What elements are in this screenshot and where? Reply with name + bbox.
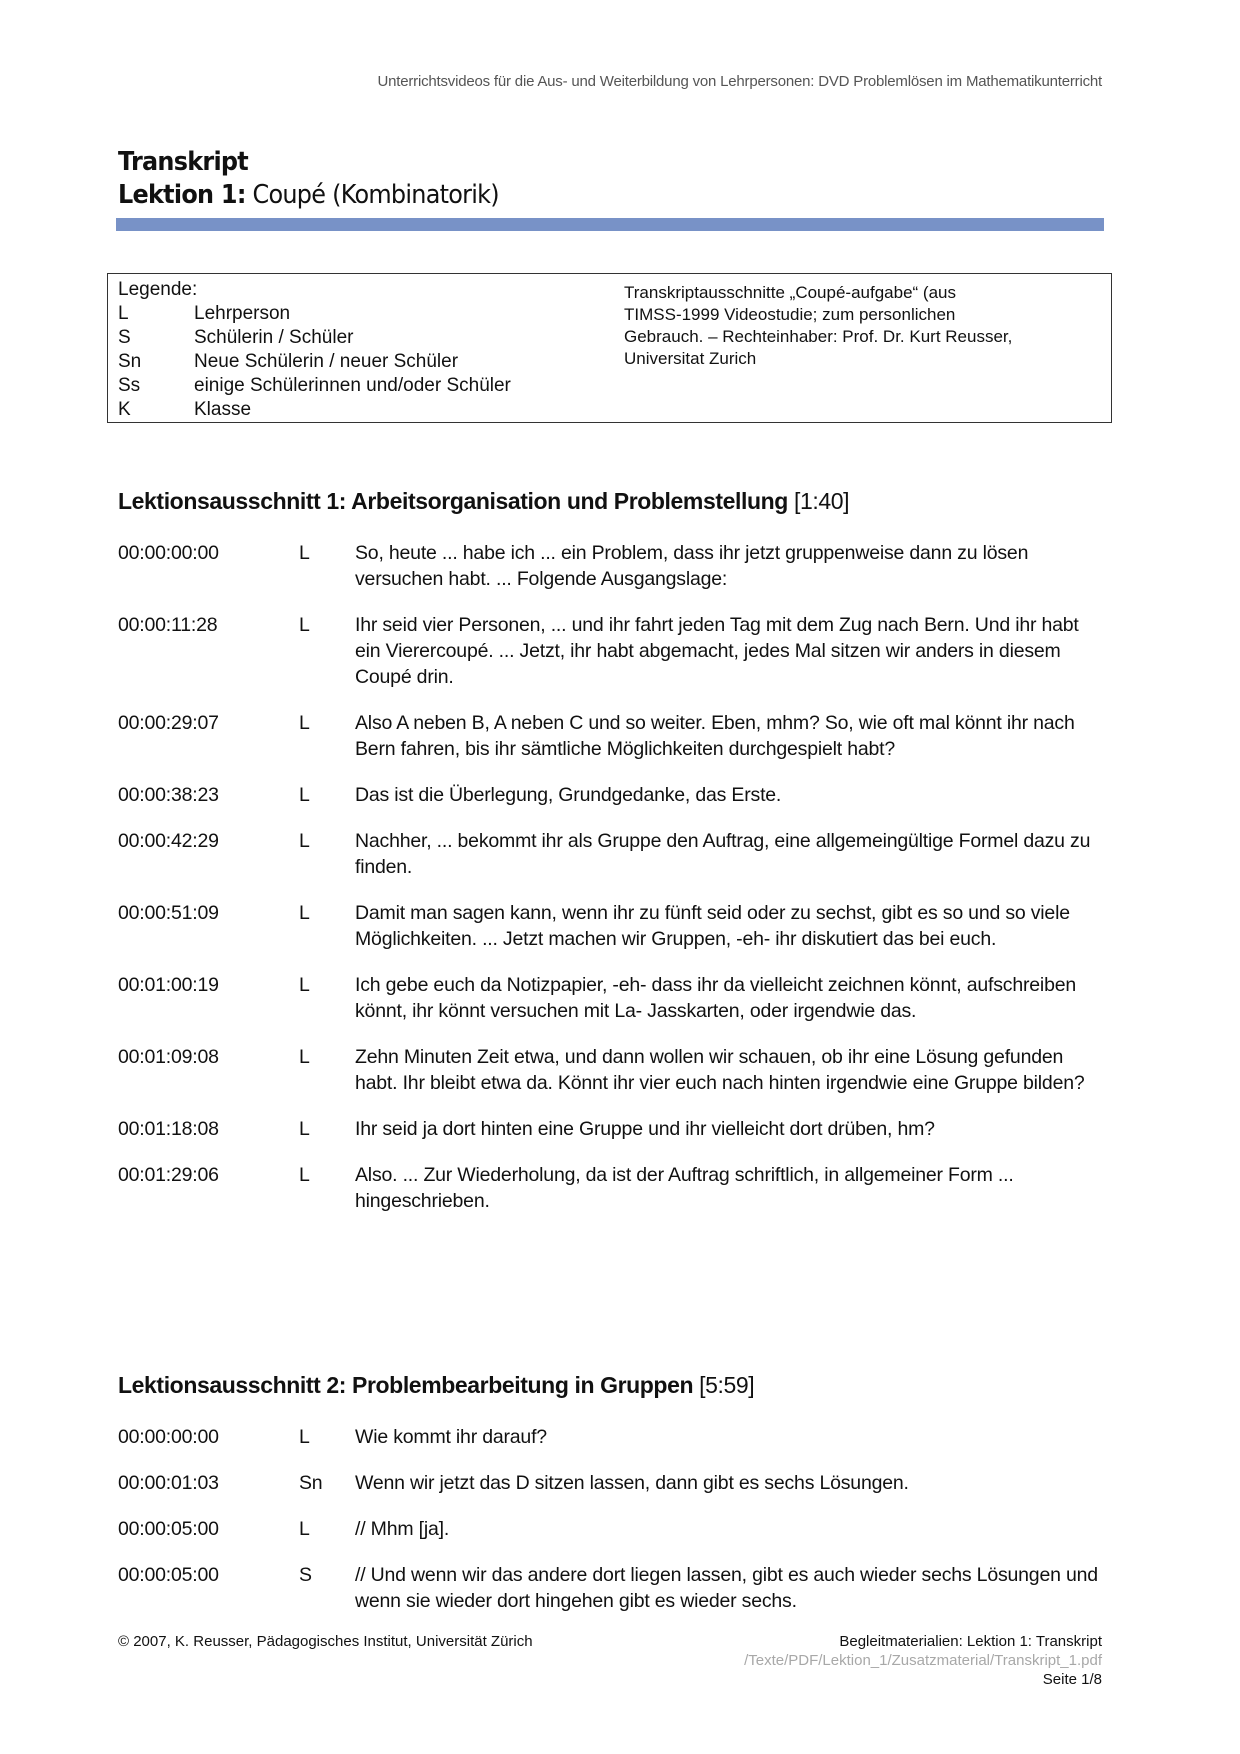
transcript-entry: 00:01:29:06LAlso. ... Zur Wiederholung, … (118, 1162, 1108, 1214)
section-duration: [5:59] (699, 1372, 754, 1398)
section-duration: [1:40] (794, 488, 849, 514)
copyright-note-line: TIMSS-1999 Videostudie; zum personlichen (624, 304, 1074, 326)
utterance: // Und wenn wir das andere dort liegen l… (355, 1562, 1108, 1614)
legend-meaning: Klasse (194, 398, 251, 422)
utterance: Ihr seid vier Personen, ... und ihr fahr… (355, 612, 1108, 690)
transcript-entry: 00:01:00:19LIch gebe euch da Notizpapier… (118, 972, 1108, 1024)
legend-meaning: einige Schülerinnen und/oder Schüler (194, 374, 511, 398)
legend-item: KKlasse (118, 398, 511, 422)
transcript-entry: 00:01:18:08LIhr seid ja dort hinten eine… (118, 1116, 1108, 1142)
document-title: Transkript (118, 146, 499, 178)
legend-item: SnNeue Schülerin / neuer Schüler (118, 350, 511, 374)
footer-right: Begleitmaterialien: Lektion 1: Transkrip… (744, 1632, 1102, 1689)
timestamp: 00:00:42:29 (118, 828, 298, 880)
transcript-entry: 00:00:29:07LAlso A neben B, A neben C un… (118, 710, 1108, 762)
utterance: Das ist die Überlegung, Grundgedanke, da… (355, 782, 1108, 808)
utterance: Wenn wir jetzt das D sitzen lassen, dann… (355, 1470, 1108, 1496)
utterance: Ihr seid ja dort hinten eine Gruppe und … (355, 1116, 1108, 1142)
footer-copyright: © 2007, K. Reusser, Pädagogisches Instit… (118, 1632, 533, 1651)
speaker: L (298, 1162, 355, 1214)
timestamp: 00:01:18:08 (118, 1116, 298, 1142)
transcript-entry: 00:00:00:00LSo, heute ... habe ich ... e… (118, 540, 1108, 592)
transcript-entry: 00:00:05:00L// Mhm [ja]. (118, 1516, 1108, 1542)
transcript-entry: 00:00:51:09LDamit man sagen kann, wenn i… (118, 900, 1108, 952)
timestamp: 00:00:38:23 (118, 782, 298, 808)
copyright-note-line: Universitat Zurich (624, 348, 1074, 370)
transcript-entry: 00:01:09:08LZehn Minuten Zeit etwa, und … (118, 1044, 1108, 1096)
running-header: Unterrichtsvideos für die Aus- und Weite… (0, 73, 1102, 90)
copyright-note-line: Gebrauch. – Rechteinhaber: Prof. Dr. Kur… (624, 326, 1074, 348)
timestamp: 00:00:11:28 (118, 612, 298, 690)
utterance: Also A neben B, A neben C und so weiter.… (355, 710, 1108, 762)
legend-abbreviation: Sn (118, 350, 194, 374)
legend-meaning: Lehrperson (194, 302, 290, 326)
speaker: S (298, 1562, 355, 1614)
transcript-entry: 00:00:00:00LWie kommt ihr darauf? (118, 1424, 1108, 1450)
legend-heading: Legende: (118, 278, 511, 302)
transcript-entry: 00:00:11:28LIhr seid vier Personen, ... … (118, 612, 1108, 690)
timestamp: 00:00:05:00 (118, 1562, 298, 1614)
speaker: L (298, 900, 355, 952)
timestamp: 00:00:51:09 (118, 900, 298, 952)
speaker: L (298, 828, 355, 880)
page-number: Seite 1/8 (744, 1670, 1102, 1689)
speaker: L (298, 1044, 355, 1096)
legend-meaning: Schülerin / Schüler (194, 326, 353, 350)
timestamp: 00:00:01:03 (118, 1470, 298, 1496)
utterance: Ich gebe euch da Notizpapier, -eh- dass … (355, 972, 1108, 1024)
legend-abbreviation: Ss (118, 374, 194, 398)
footer-file-path: /Texte/PDF/Lektion_1/Zusatzmaterial/Tran… (744, 1651, 1102, 1670)
speaker: Sn (298, 1470, 355, 1496)
speaker: L (298, 1424, 355, 1450)
lesson-name: Coupé (Kombinatorik) (253, 180, 499, 210)
utterance: So, heute ... habe ich ... ein Problem, … (355, 540, 1108, 592)
transcript-section-2: Lektionsausschnitt 2: Problembearbeitung… (118, 1370, 1108, 1634)
speaker: L (298, 540, 355, 592)
utterance: Nachher, ... bekommt ihr als Gruppe den … (355, 828, 1108, 880)
timestamp: 00:01:09:08 (118, 1044, 298, 1096)
speaker: L (298, 972, 355, 1024)
legend-item: SSchülerin / Schüler (118, 326, 511, 350)
section-title: Lektionsausschnitt 1: Arbeitsorganisatio… (118, 488, 788, 514)
timestamp: 00:00:05:00 (118, 1516, 298, 1542)
legend: Legende: LLehrpersonSSchülerin / Schüler… (118, 278, 511, 422)
transcript-entry: 00:00:42:29LNachher, ... bekommt ihr als… (118, 828, 1108, 880)
speaker: L (298, 782, 355, 808)
utterance: Also. ... Zur Wiederholung, da ist der A… (355, 1162, 1108, 1214)
lesson-title: Lektion 1: Coupé (Kombinatorik) (118, 178, 499, 212)
lesson-label: Lektion 1: (118, 180, 246, 210)
transcript-entry: 00:00:05:00S// Und wenn wir das andere d… (118, 1562, 1108, 1614)
legend-item: Sseinige Schülerinnen und/oder Schüler (118, 374, 511, 398)
transcript-section-1: Lektionsausschnitt 1: Arbeitsorganisatio… (118, 486, 1108, 1234)
transcript-entry: 00:00:01:03SnWenn wir jetzt das D sitzen… (118, 1470, 1108, 1496)
speaker: L (298, 1116, 355, 1142)
copyright-note-line: Transkriptausschnitte „Coupé-aufgabe“ (a… (624, 282, 1074, 304)
speaker: L (298, 612, 355, 690)
utterance: Zehn Minuten Zeit etwa, und dann wollen … (355, 1044, 1108, 1096)
timestamp: 00:00:00:00 (118, 540, 298, 592)
legend-meaning: Neue Schülerin / neuer Schüler (194, 350, 458, 374)
section-heading: Lektionsausschnitt 1: Arbeitsorganisatio… (118, 486, 1108, 516)
legend-abbreviation: S (118, 326, 194, 350)
copyright-note: Transkriptausschnitte „Coupé-aufgabe“ (a… (624, 282, 1074, 370)
section-title: Lektionsausschnitt 2: Problembearbeitung… (118, 1372, 693, 1398)
timestamp: 00:01:29:06 (118, 1162, 298, 1214)
timestamp: 00:00:00:00 (118, 1424, 298, 1450)
legend-item: LLehrperson (118, 302, 511, 326)
legend-box: Legende: LLehrpersonSSchülerin / Schüler… (107, 273, 1112, 423)
legend-abbreviation: K (118, 398, 194, 422)
utterance: // Mhm [ja]. (355, 1516, 1108, 1542)
utterance: Damit man sagen kann, wenn ihr zu fünft … (355, 900, 1108, 952)
timestamp: 00:01:00:19 (118, 972, 298, 1024)
footer-material: Begleitmaterialien: Lektion 1: Transkrip… (744, 1632, 1102, 1651)
transcript-entry: 00:00:38:23LDas ist die Überlegung, Grun… (118, 782, 1108, 808)
timestamp: 00:00:29:07 (118, 710, 298, 762)
speaker: L (298, 710, 355, 762)
title-block: Transkript Lektion 1: Coupé (Kombinatori… (118, 146, 532, 212)
speaker: L (298, 1516, 355, 1542)
legend-abbreviation: L (118, 302, 194, 326)
title-rule (116, 218, 1104, 231)
section-heading: Lektionsausschnitt 2: Problembearbeitung… (118, 1370, 1108, 1400)
utterance: Wie kommt ihr darauf? (355, 1424, 1108, 1450)
